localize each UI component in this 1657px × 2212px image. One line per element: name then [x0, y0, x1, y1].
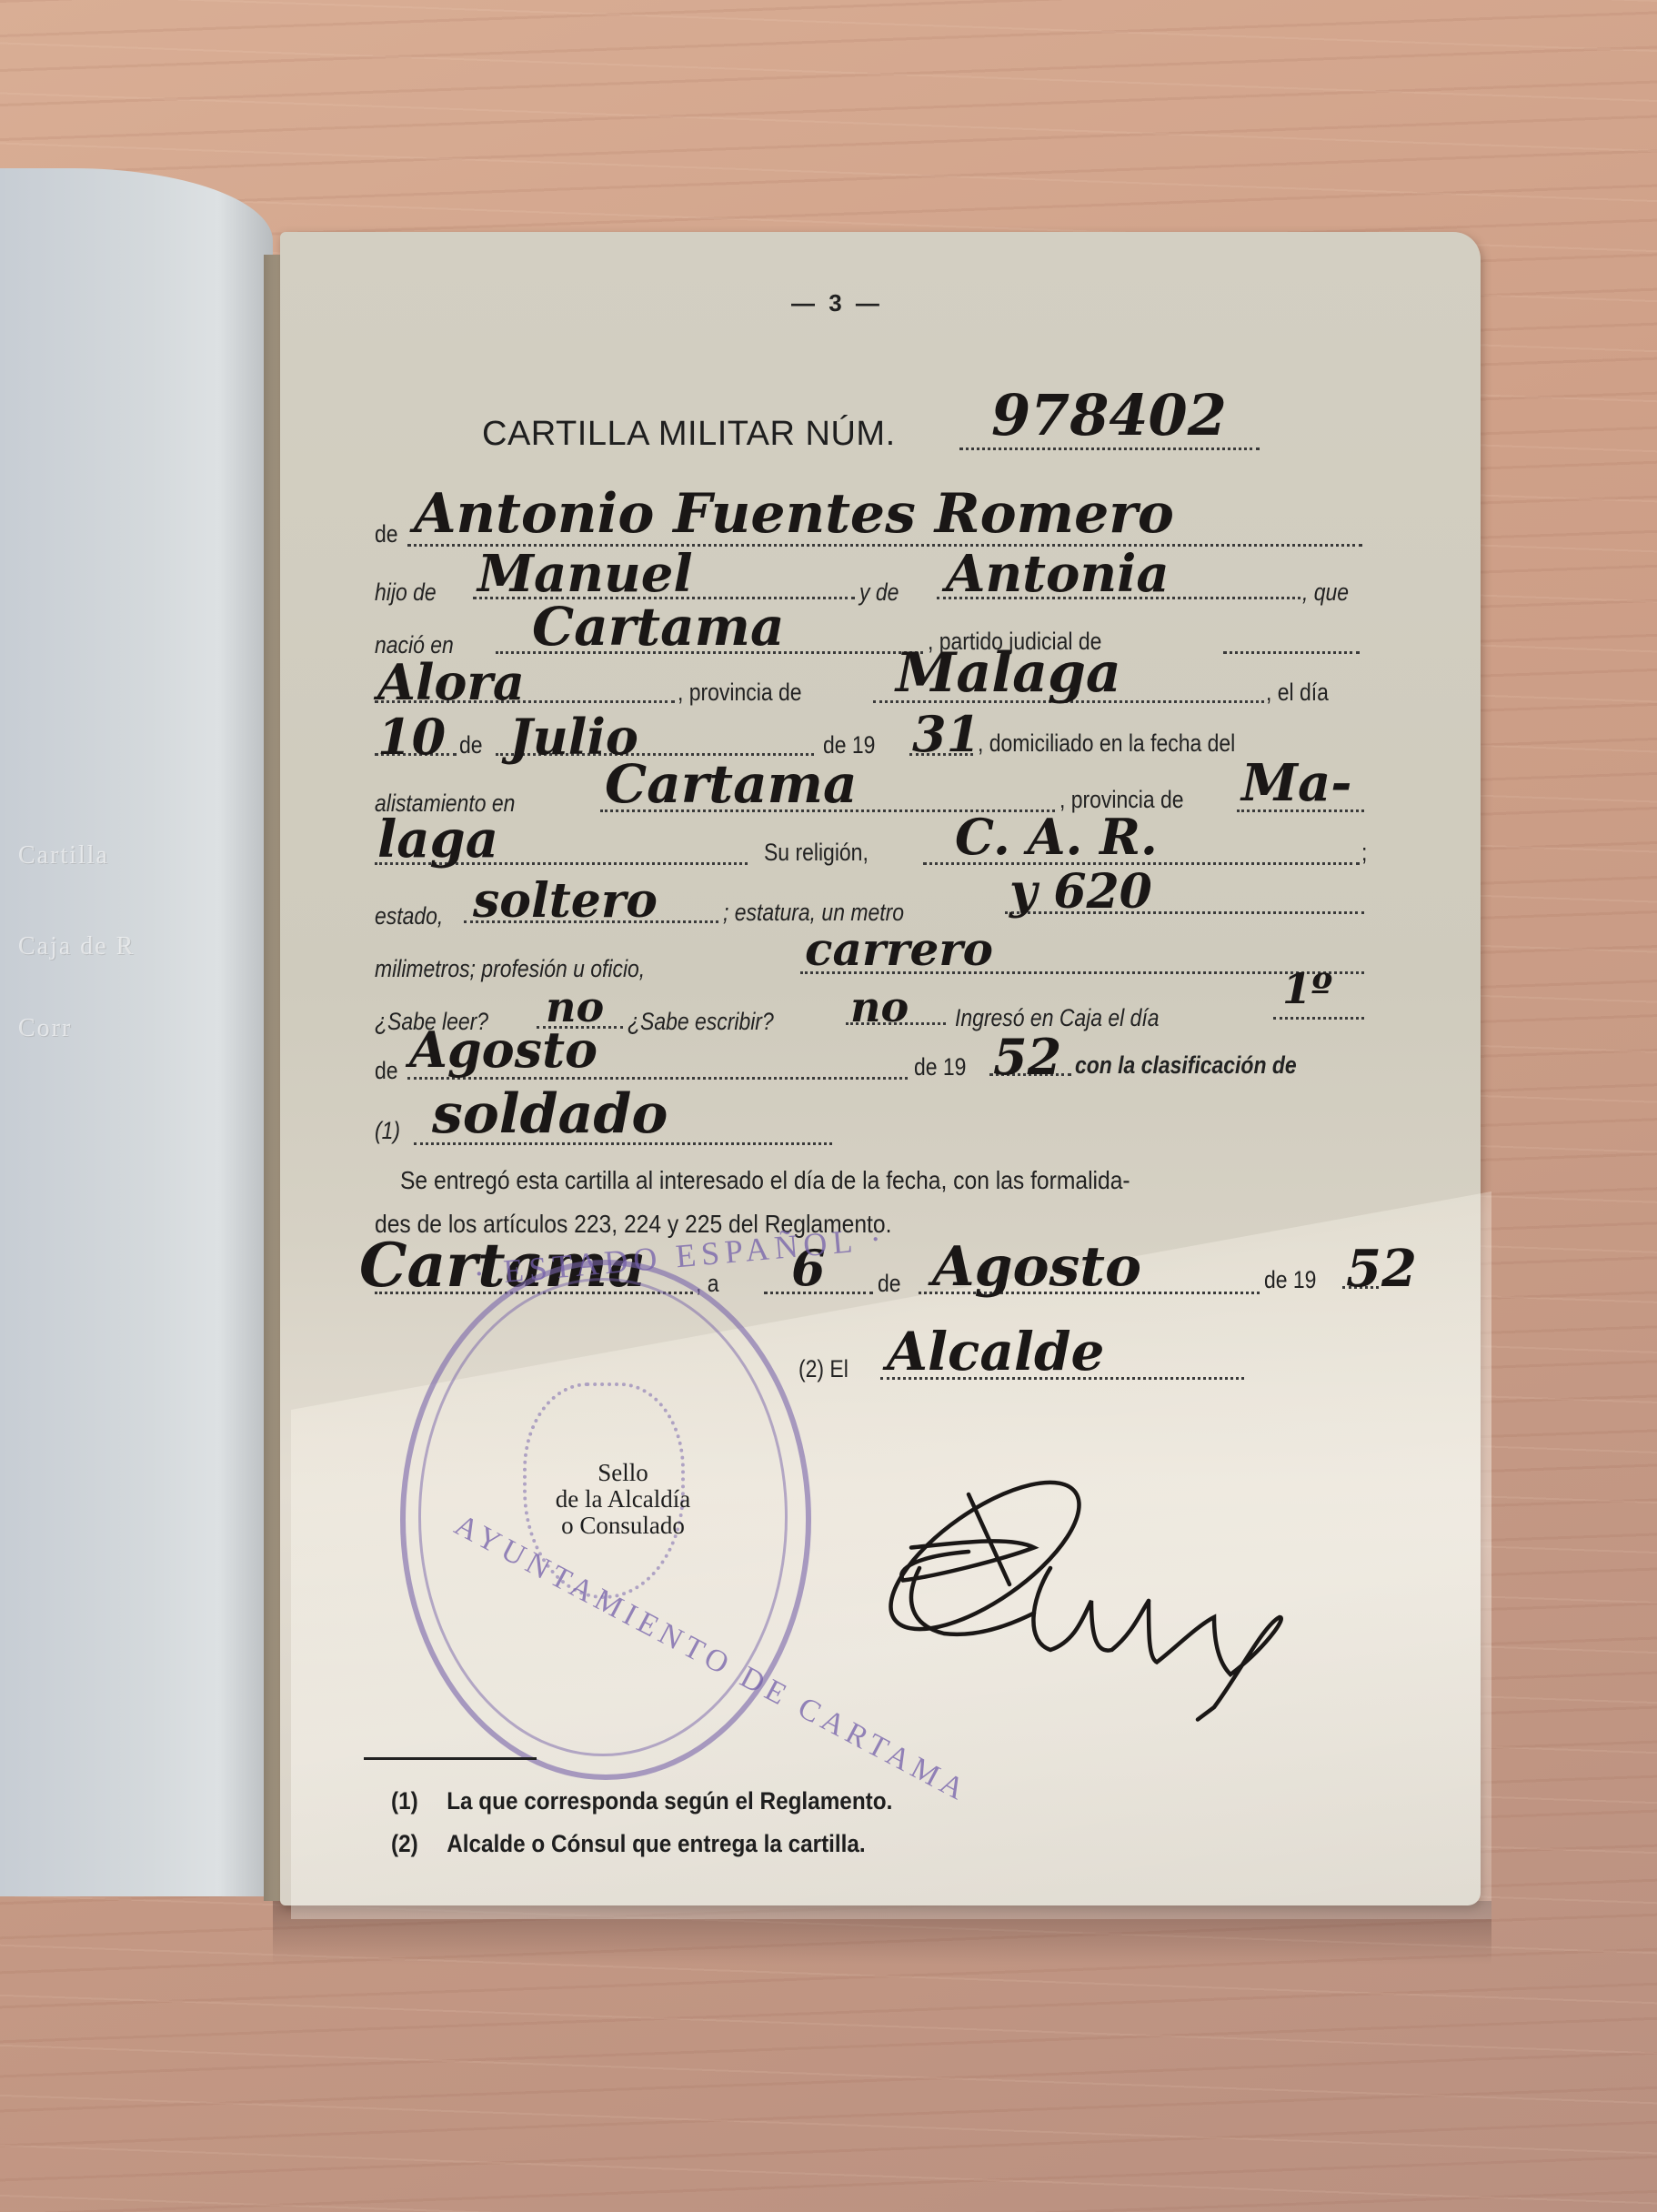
que-label: , que	[1302, 578, 1349, 607]
dotted-line	[1223, 651, 1360, 654]
mother-label: y de	[859, 578, 899, 607]
father-label: hijo de	[375, 578, 437, 607]
document-title: CARTILLA MILITAR NÚM.	[482, 415, 896, 454]
left-page: Cartilla Caja de R Corr	[0, 168, 273, 1896]
province-value: Malaga	[896, 641, 1121, 705]
religion-label: Su religión,	[764, 839, 869, 867]
enlist-place: Cartama	[605, 753, 858, 815]
clasificacion-label: con la clasificación de	[1075, 1051, 1297, 1080]
mother-value: Antonia	[946, 544, 1170, 604]
embossed-text: Cartilla	[18, 841, 109, 870]
signature-icon	[873, 1437, 1310, 1765]
delivery-year-prefix: de 19	[1264, 1266, 1316, 1294]
ingreso-year-prefix: de 19	[914, 1053, 966, 1081]
footnote-2: (2)Alcalde o Cónsul que entrega la carti…	[391, 1830, 866, 1858]
footnote-text: La que corresponda según el Reglamento.	[447, 1787, 892, 1815]
birth-day: 10	[377, 708, 446, 766]
profesion-value: carrero	[805, 922, 993, 976]
religion-value: C. A. R.	[955, 808, 1158, 866]
estado-value: soltero	[473, 873, 658, 929]
born-value: Cartama	[532, 596, 785, 658]
delivery-year: 52	[1346, 1239, 1417, 1299]
footnote-number: (1)	[391, 1787, 447, 1815]
escribir-value: no	[850, 982, 909, 1031]
embossed-text: Caja de R	[18, 932, 135, 961]
enlist-province-part1: Ma-	[1241, 753, 1352, 813]
province-label: , provincia de	[678, 679, 802, 707]
estatura-value: y 620	[1009, 864, 1152, 920]
de-label: de	[459, 731, 483, 759]
delivery-de-label: de	[878, 1270, 901, 1298]
footnote-1: (1)La que corresponda según el Reglament…	[391, 1787, 892, 1815]
escribir-label: ¿Sabe escribir?	[628, 1008, 774, 1036]
booklet-shadow	[273, 1901, 1491, 1965]
cartilla-number: 978402	[991, 382, 1227, 448]
clasificacion-value: soldado	[432, 1082, 668, 1146]
ingreso-year: 52	[993, 1028, 1061, 1086]
estado-label: estado,	[375, 902, 443, 930]
seal-label: Sello de la Alcaldía o Consulado	[532, 1460, 714, 1539]
delivery-text-line1: Se entregó esta cartilla al interesado e…	[400, 1166, 1130, 1195]
clasificacion-ref: (1)	[375, 1117, 400, 1145]
enlist-province-part2: laga	[377, 809, 498, 870]
embossed-text: Corr	[18, 1014, 72, 1043]
seal-label-line1: Sello	[532, 1460, 714, 1486]
day-label: , el día	[1266, 679, 1329, 707]
name-label: de	[375, 520, 398, 548]
signer-value: Alcalde	[887, 1321, 1104, 1382]
name-value: Antonio Fuentes Romero	[414, 482, 1174, 546]
footnote-text: Alcalde o Cónsul que entrega la cartilla…	[447, 1830, 865, 1857]
seal-label-line3: o Consulado	[532, 1513, 714, 1539]
milimetros-label: milimetros; profesión u oficio,	[375, 955, 645, 983]
footnote-number: (2)	[391, 1830, 447, 1858]
ingreso-de-label: de	[375, 1057, 398, 1085]
ingreso-day: 1º	[1282, 964, 1332, 1013]
footnote-divider	[364, 1757, 537, 1760]
page-number: — 3 —	[791, 289, 883, 317]
delivery-month: Agosto	[932, 1235, 1141, 1299]
domicile-label: , domiciliado en la fecha del	[978, 729, 1235, 758]
seal-label-line2: de la Alcaldía	[532, 1486, 714, 1513]
signer-ref: (2) El	[798, 1355, 849, 1383]
birth-year: 31	[912, 705, 980, 763]
semicolon: ;	[1361, 839, 1367, 867]
judicial-value: Alora	[377, 653, 525, 711]
ingreso-month: Agosto	[409, 1021, 598, 1079]
dotted-line	[1273, 1017, 1364, 1020]
